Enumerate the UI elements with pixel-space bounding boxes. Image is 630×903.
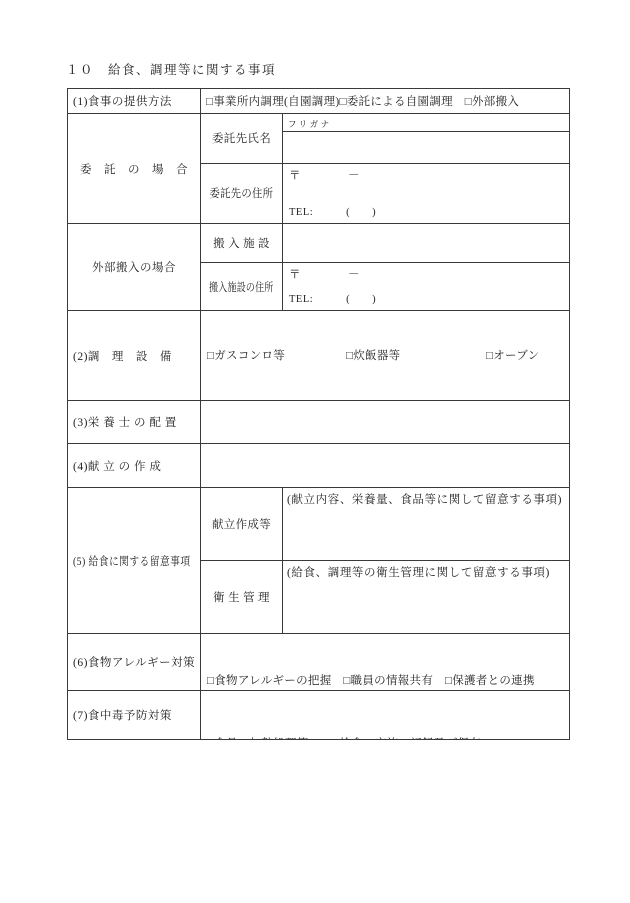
outsourcing-name-label: 委託先氏名 xyxy=(201,114,283,163)
food-poisoning-label: (7)食中毒予防対策 xyxy=(68,691,201,739)
row-menu-creation: (4)献 立 の 作 成 □事業所職員（□栄養士 □調理員 □その他（ ）） □… xyxy=(68,444,569,488)
row-cooking-equipment: (2)調 理 設 備 □ガスコンロ等□炊飯器等□オーブン □電子レンジ□シンク□… xyxy=(68,311,569,401)
hygiene-note-label: 衛 生 管 理 xyxy=(201,561,283,634)
delivery-facility-options: □連携施設（ ） □その他（ ） xyxy=(283,224,569,262)
outsourcing-subrows: 委託先氏名 フリガナ 委託先の住所 〒 － TEL: ( ) xyxy=(201,114,569,223)
row-allergy: (6)食物アレルギー対策 □食物アレルギーの把握 □職員の情報共有 □保護者との… xyxy=(68,634,569,691)
menu-creation-options: □事業所職員（□栄養士 □調理員 □その他（ ）） □連携施設 □委託先 □外部… xyxy=(201,444,569,487)
row-outsourcing: 委 託 の 場 合 委託先氏名 フリガナ 委託先の住所 〒 － TEL: ( ) xyxy=(68,114,569,224)
nutritionist-row: □事業所内□連携施設□委託先 xyxy=(207,441,569,443)
nutritionist-options: □事業所内□連携施設□委託先 □外部搬入先□その他（ ） xyxy=(201,401,569,443)
outsourcing-label: 委 託 の 場 合 xyxy=(68,114,201,223)
row-food-poisoning: (7)食中毒予防対策 □食品の加熱処理等 □検食の実施、記録及び保存 □嘔吐物、… xyxy=(68,691,569,739)
checkbox-option: □オーブン xyxy=(486,348,569,366)
food-poisoning-options: □食品の加熱処理等 □検食の実施、記録及び保存 □嘔吐物、便等の処理方法の習得 … xyxy=(201,691,569,739)
menu-creation-label: (4)献 立 の 作 成 xyxy=(68,444,201,487)
tel-line: TEL: ( ) xyxy=(289,204,569,219)
delivery-facility-label: 搬 入 施 設 xyxy=(201,224,283,262)
delivery-address-label: 搬入施設の住所 xyxy=(201,263,283,310)
checkbox-option: □委託先 xyxy=(486,441,569,443)
outsourcing-address-label: 委託先の住所 xyxy=(201,164,283,223)
outsourcing-name-row: 委託先氏名 フリガナ xyxy=(201,114,569,164)
outsourcing-name-blank xyxy=(283,132,569,163)
meal-notes-subrows: 献立作成等 (献立内容、栄養量、食品等に関して留意する事項) 衛 生 管 理 (… xyxy=(201,488,569,633)
nutritionist-label: (3)栄 養 士 の 配 置 xyxy=(68,401,201,443)
page-title: １０ 給食、調理等に関する事項 xyxy=(66,60,276,78)
meal-provision-label: (1)食事の提供方法 xyxy=(68,89,201,113)
delivery-address-row: 搬入施設の住所 〒 － TEL: ( ) xyxy=(201,263,569,310)
checkbox-option: □炊飯器等 xyxy=(346,348,486,366)
equipment-row: □ガスコンロ等□炊飯器等□オーブン xyxy=(207,348,569,366)
row-meal-provision: (1)食事の提供方法 □事業所内調理(自園調理)□委託による自園調理 □外部搬入 xyxy=(68,89,569,114)
checkbox-option: □食品の加熱処理等 □検食の実施、記録及び保存 xyxy=(207,734,569,739)
checkbox-option: □事業所職員（□栄養士 □調理員 □その他（ ）） xyxy=(207,486,569,487)
outsourcing-name-field: フリガナ xyxy=(283,114,569,163)
tel-line: TEL: ( ) xyxy=(289,291,569,306)
hygiene-note-field: (給食、調理等の衛生管理に関して留意する事項) xyxy=(283,561,569,634)
allergy-options: □食物アレルギーの把握 □職員の情報共有 □保護者との連携 □専門医等の指導及び… xyxy=(201,634,569,690)
checkbox-option: □食物アレルギーの把握 □職員の情報共有 □保護者との連携 xyxy=(207,672,569,690)
external-delivery-subrows: 搬 入 施 設 □連携施設（ ） □その他（ ） 搬入施設の住所 〒 － TEL… xyxy=(201,224,569,310)
document-page: １０ 給食、調理等に関する事項 (1)食事の提供方法 □事業所内調理(自園調理)… xyxy=(0,0,630,903)
menu-note-field: (献立内容、栄養量、食品等に関して留意する事項) xyxy=(283,488,569,560)
cooking-equipment-label: (2)調 理 設 備 xyxy=(68,311,201,400)
row-meal-notes: (5) 給食に関する留意事項 献立作成等 (献立内容、栄養量、食品等に関して留意… xyxy=(68,488,569,634)
form-table: (1)食事の提供方法 □事業所内調理(自園調理)□委託による自園調理 □外部搬入… xyxy=(67,88,570,740)
outsourcing-address-field: 〒 － TEL: ( ) xyxy=(283,164,569,223)
row-nutritionist: (3)栄 養 士 の 配 置 □事業所内□連携施設□委託先 □外部搬入先□その他… xyxy=(68,401,569,444)
menu-note-row: 献立作成等 (献立内容、栄養量、食品等に関して留意する事項) xyxy=(201,488,569,561)
furigana-label: フリガナ xyxy=(283,114,569,132)
row-external-delivery: 外部搬入の場合 搬 入 施 設 □連携施設（ ） □その他（ ） 搬入施設の住所… xyxy=(68,224,569,311)
postal-mark-line: 〒 － xyxy=(289,266,569,282)
checkbox-option: □連携施設 xyxy=(346,441,486,443)
hygiene-note-row: 衛 生 管 理 (給食、調理等の衛生管理に関して留意する事項) xyxy=(201,561,569,634)
menu-note-label: 献立作成等 xyxy=(201,488,283,560)
checkbox-option: □事業所内 xyxy=(207,441,346,443)
outsourcing-address-row: 委託先の住所 〒 － TEL: ( ) xyxy=(201,164,569,223)
checkbox-option: □ガスコンロ等 xyxy=(207,348,346,366)
checkbox-option: □事業所内調理(自園調理)□委託による自園調理 □外部搬入 xyxy=(206,93,519,109)
external-delivery-label: 外部搬入の場合 xyxy=(68,224,201,310)
delivery-facility-row: 搬 入 施 設 □連携施設（ ） □その他（ ） xyxy=(201,224,569,263)
cooking-equipment-options: □ガスコンロ等□炊飯器等□オーブン □電子レンジ□シンク□調理台 □冷蔵庫□冷凍… xyxy=(201,311,569,400)
allergy-label: (6)食物アレルギー対策 xyxy=(68,634,201,690)
postal-mark-line: 〒 － xyxy=(289,167,569,183)
delivery-address-field: 〒 － TEL: ( ) xyxy=(283,263,569,310)
meal-notes-label: (5) 給食に関する留意事項 xyxy=(68,488,201,633)
meal-provision-options: □事業所内調理(自園調理)□委託による自園調理 □外部搬入 xyxy=(201,89,569,113)
